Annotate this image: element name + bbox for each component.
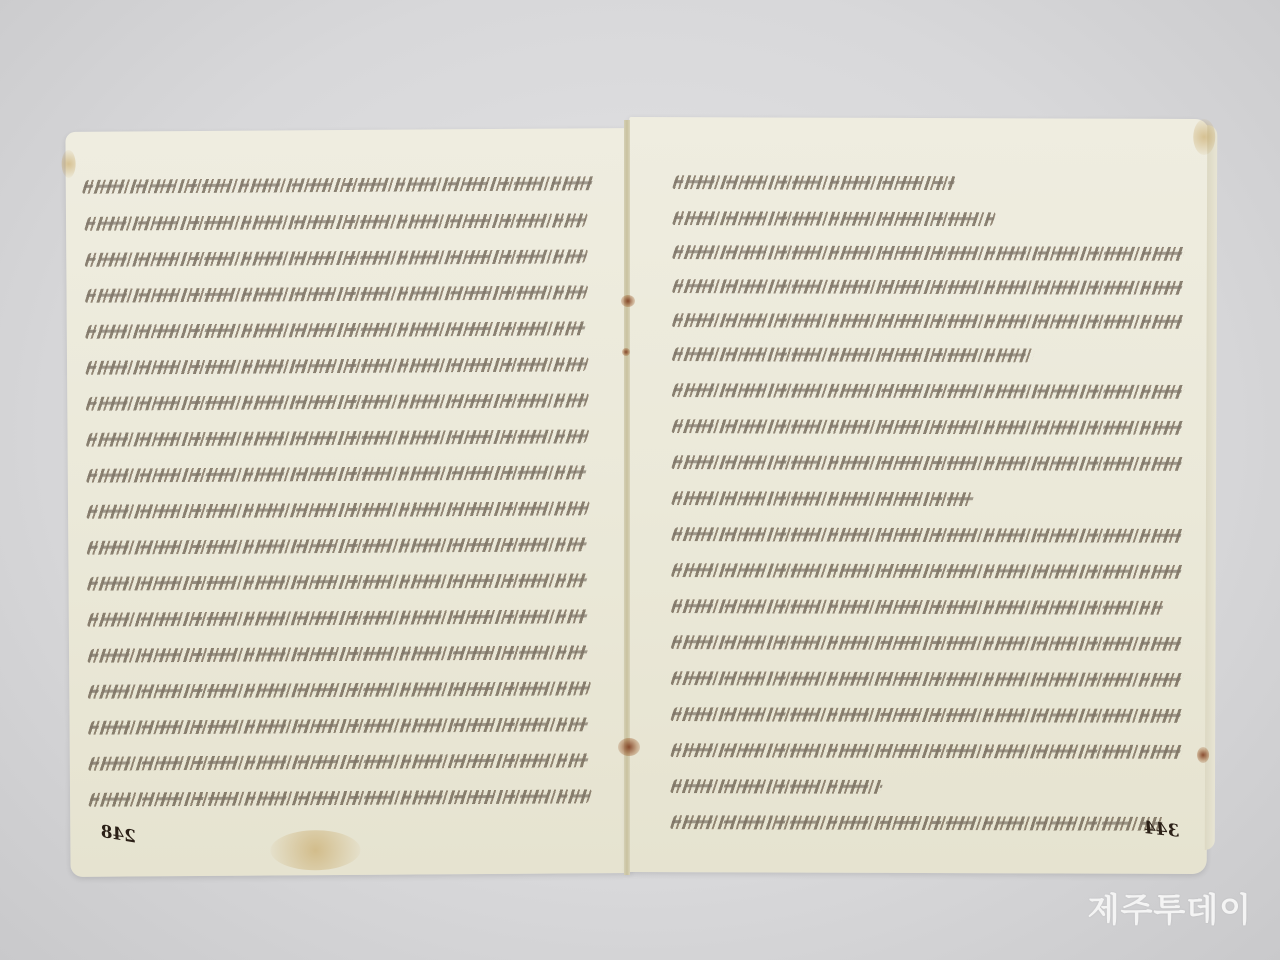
handwriting-line (671, 279, 1186, 295)
handwriting-line (670, 779, 885, 794)
ink-stain (618, 738, 640, 756)
handwriting-line (86, 537, 588, 555)
handwriting-line (670, 599, 1165, 615)
foxing-stain (62, 150, 76, 178)
handwriting-line (87, 717, 589, 735)
handwriting-line (86, 465, 588, 483)
ink-stain (621, 295, 635, 307)
handwriting-line (671, 383, 1186, 399)
handwriting-line (671, 491, 976, 506)
manuscript-right-page: 344 (627, 117, 1210, 874)
handwriting-line (671, 455, 1186, 471)
handwriting-line (672, 211, 997, 226)
handwriting-line (86, 501, 590, 519)
handwriting-lines-left (65, 128, 630, 877)
manuscript-left-page: 248 (65, 128, 630, 877)
handwriting-line (672, 245, 1187, 261)
handwriting-line (88, 753, 590, 771)
handwriting-line (84, 249, 588, 267)
handwriting-line (85, 393, 589, 411)
handwriting-line (87, 609, 589, 627)
handwriting-line (671, 347, 1036, 362)
handwriting-lines-right (627, 117, 1210, 874)
book-gutter (624, 120, 630, 875)
ink-stain (622, 348, 630, 356)
handwriting-line (672, 175, 957, 190)
handwriting-line (670, 707, 1185, 723)
handwriting-line (87, 681, 591, 699)
handwriting-line (671, 527, 1186, 543)
handwriting-line (82, 176, 596, 194)
handwriting-line (670, 635, 1185, 651)
handwriting-line (670, 563, 1185, 579)
page-number-right: 344 (1142, 818, 1179, 842)
handwriting-line (671, 313, 1186, 329)
handwriting-line (670, 671, 1185, 687)
handwriting-line (87, 645, 589, 663)
handwriting-line (84, 213, 588, 231)
handwriting-line (670, 815, 1165, 831)
watermark: 제주투데이 (1088, 884, 1252, 931)
handwriting-line (85, 357, 589, 375)
handwriting-line (670, 743, 1185, 759)
handwriting-line (671, 419, 1186, 435)
handwriting-line (85, 429, 589, 447)
ink-stain (1197, 747, 1209, 763)
handwriting-line (85, 321, 587, 339)
foxing-stain (1193, 119, 1215, 155)
handwriting-line (88, 789, 592, 807)
handwriting-line (84, 285, 588, 303)
handwriting-line (86, 573, 588, 591)
